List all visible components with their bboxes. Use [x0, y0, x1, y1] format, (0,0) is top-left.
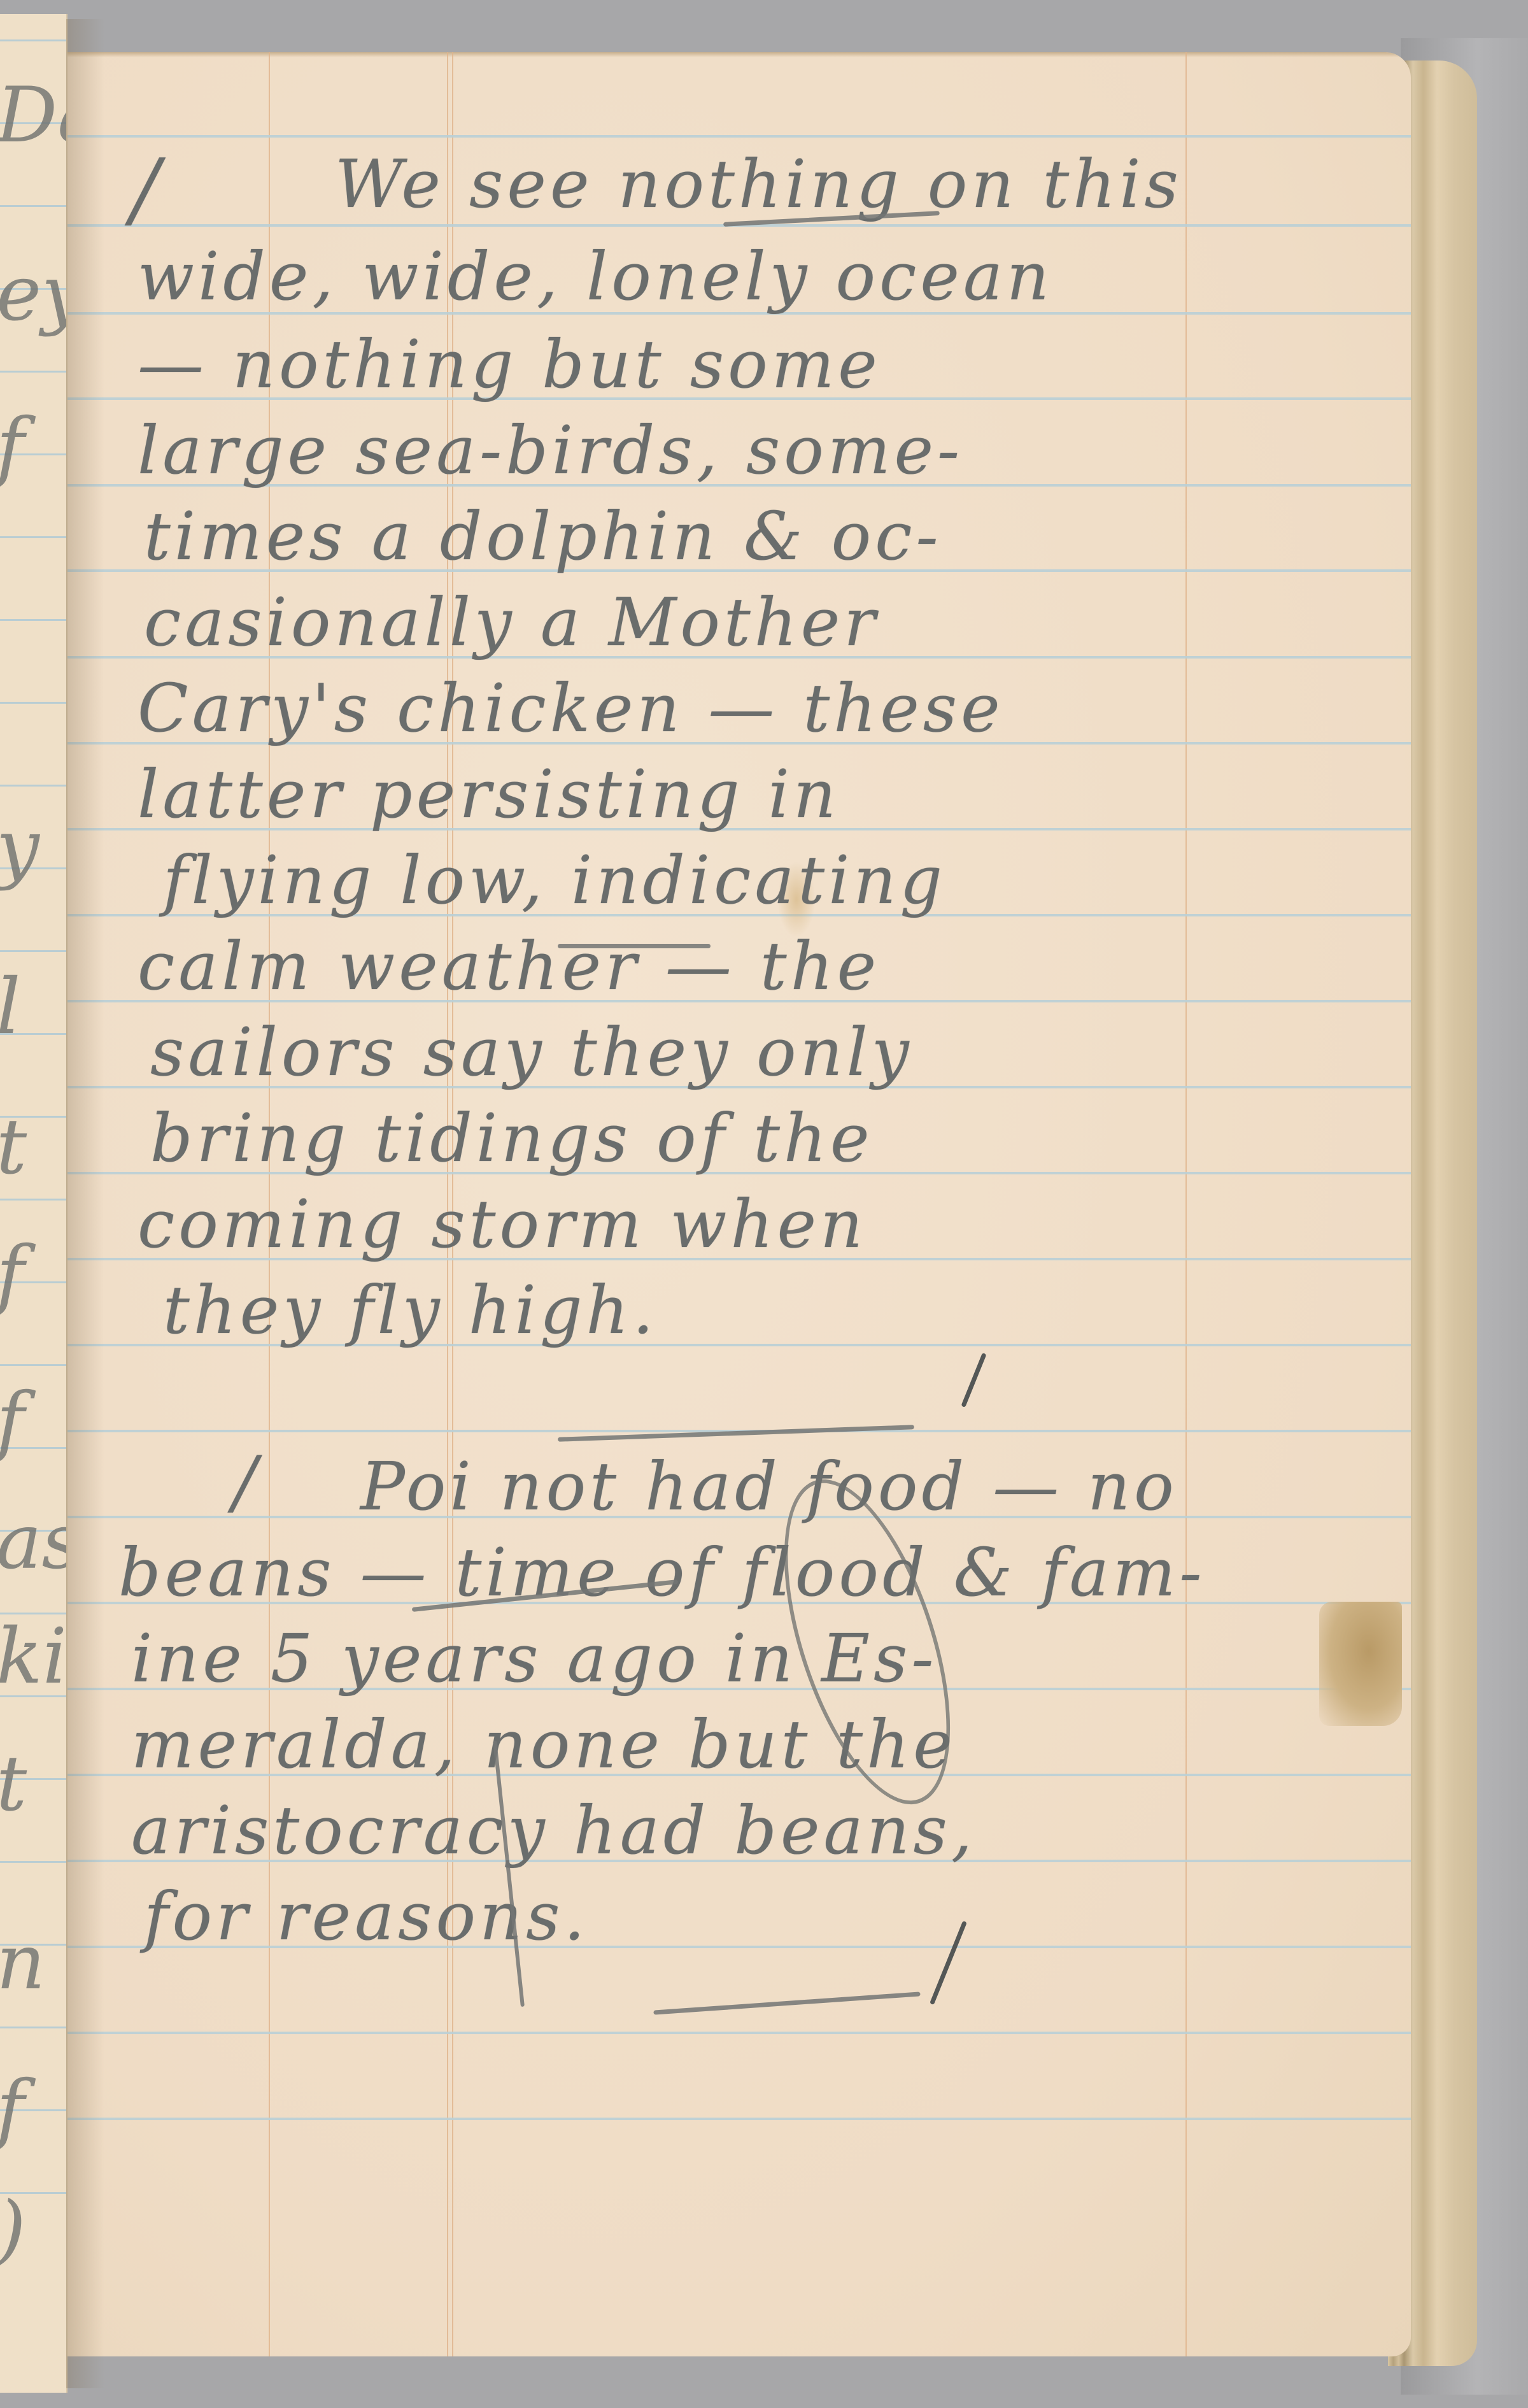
rule-line	[0, 2027, 66, 2028]
notebook-page: / We see nothing on this wide, wide, lon…	[67, 52, 1411, 2356]
facing-fragment: f	[0, 1237, 24, 1313]
facing-fragment: f	[0, 2071, 24, 2148]
entry-line: wide, wide, lonely ocean	[138, 243, 1053, 310]
rule-line	[0, 950, 66, 952]
facing-fragment: ki	[0, 1619, 67, 1695]
facing-fragment: as	[0, 1504, 67, 1581]
entry-line: flying low, indicating	[163, 847, 946, 913]
rule-line	[0, 39, 66, 41]
entry-line: Poi not had food — no	[360, 1453, 1178, 1520]
entry-line: Cary's chicken — these	[138, 675, 1004, 741]
entry-marker: /	[233, 1447, 260, 1517]
section-divider	[558, 1425, 914, 1442]
rule-line	[0, 1199, 66, 1200]
entry-line: — nothing but some	[138, 331, 881, 397]
rule-line	[0, 1861, 66, 1863]
rule-line	[0, 785, 66, 787]
entry-line: for reasons.	[144, 1883, 589, 1949]
rule-line	[67, 2032, 1411, 2034]
entry-line: sailors say they only	[150, 1019, 913, 1085]
facing-fragment: ey	[0, 256, 67, 332]
entry-line: bring tidings of the	[150, 1105, 874, 1171]
rule-line	[0, 1364, 66, 1366]
rule-line	[67, 2118, 1411, 2120]
entry-line: casionally a Mother	[144, 589, 879, 655]
rule-line	[67, 135, 1411, 138]
facing-fragment: f	[0, 1383, 24, 1460]
facing-fragment: f	[0, 409, 24, 485]
facing-fragment: n	[0, 1925, 45, 2001]
entry-line: coming storm when	[138, 1191, 867, 1257]
end-marker	[961, 1353, 986, 1407]
entry-line: large sea-birds, some-	[138, 417, 963, 483]
entry-line: they fly high.	[163, 1277, 658, 1343]
closing-flourish	[653, 1991, 920, 2014]
entry-line: times a dolphin & oc-	[144, 503, 942, 569]
entry-line: latter persisting in	[138, 761, 840, 827]
rule-line	[0, 536, 66, 538]
facing-fragment: t	[0, 1109, 27, 1186]
facing-fragment: )	[0, 2192, 26, 2269]
end-marker	[930, 1921, 967, 2005]
rule-line	[0, 619, 66, 621]
rule-line	[0, 702, 66, 704]
facing-left-page: Da ey f y l t f f as ki t n f )	[0, 14, 67, 2393]
entry-marker: /	[131, 148, 163, 231]
facing-fragment: Da	[0, 78, 67, 154]
entry-line: calm weather — the	[138, 933, 880, 999]
rule-line	[0, 371, 66, 373]
entry-line: We see nothing on this	[335, 151, 1182, 217]
entry-line: aristocracy had beans,	[131, 1797, 976, 1863]
facing-fragment: t	[0, 1746, 27, 1823]
entry-line: beans — time of flood & fam-	[118, 1539, 1206, 1606]
facing-fragment: l	[0, 969, 20, 1046]
facing-fragment: y	[0, 810, 39, 887]
rule-line	[0, 205, 66, 207]
water-stain	[1319, 1602, 1402, 1726]
